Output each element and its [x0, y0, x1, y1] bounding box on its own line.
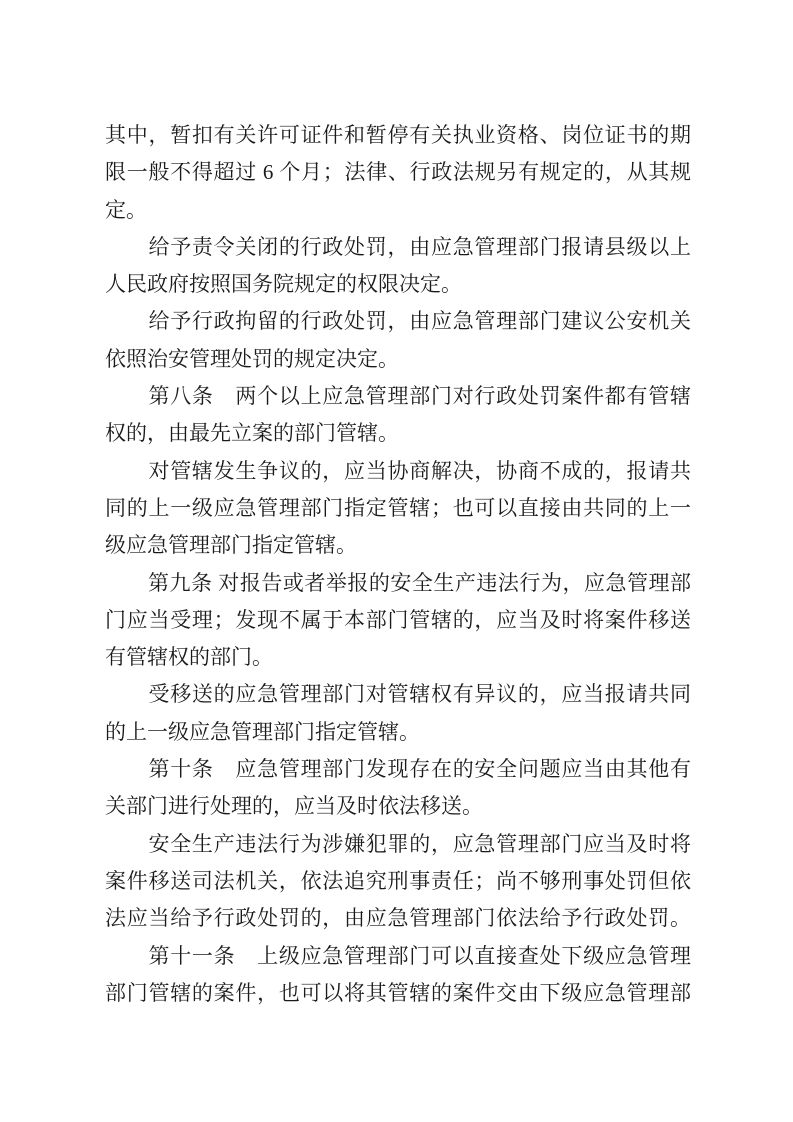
text-line: 的上一级应急管理部门指定管辖。: [105, 714, 691, 751]
text-line: 级应急管理部门指定管辖。: [105, 527, 691, 564]
text-line: 给予责令关闭的行政处罚，由应急管理部门报请县级以上: [105, 229, 691, 266]
text-line: 第十条 应急管理部门发现存在的安全问题应当由其他有: [105, 751, 691, 788]
text-line: 限一般不得超过 6 个月；法律、行政法规另有规定的，从其规: [105, 154, 691, 191]
text-line: 有管辖权的部门。: [105, 639, 691, 676]
text-line: 其中，暂扣有关许可证件和暂停有关执业资格、岗位证书的期: [105, 117, 691, 154]
document-page: 其中，暂扣有关许可证件和暂停有关执业资格、岗位证书的期限一般不得超过 6 个月；…: [0, 0, 793, 1122]
text-line: 受移送的应急管理部门对管辖权有异议的，应当报请共同: [105, 676, 691, 713]
text-line: 同的上一级应急管理部门指定管辖；也可以直接由共同的上一: [105, 490, 691, 527]
text-line: 第九条 对报告或者举报的安全生产违法行为，应急管理部: [105, 565, 691, 602]
text-line: 门应当受理；发现不属于本部门管辖的，应当及时将案件移送: [105, 602, 691, 639]
text-line: 依照治安管理处罚的规定决定。: [105, 341, 691, 378]
text-line: 法应当给予行政处罚的，由应急管理部门依法给予行政处罚。: [105, 900, 691, 937]
text-line: 部门管辖的案件，也可以将其管辖的案件交由下级应急管理部: [105, 975, 691, 1012]
text-line: 对管辖发生争议的，应当协商解决，协商不成的，报请共: [105, 453, 691, 490]
text-line: 给予行政拘留的行政处罚，由应急管理部门建议公安机关: [105, 303, 691, 340]
text-line: 第十一条 上级应急管理部门可以直接查处下级应急管理: [105, 938, 691, 975]
text-line: 案件移送司法机关，依法追究刑事责任；尚不够刑事处罚但依: [105, 863, 691, 900]
text-line: 关部门进行处理的，应当及时依法移送。: [105, 788, 691, 825]
text-line: 定。: [105, 192, 691, 229]
text-line: 安全生产违法行为涉嫌犯罪的，应急管理部门应当及时将: [105, 826, 691, 863]
text-line: 权的，由最先立案的部门管辖。: [105, 415, 691, 452]
text-line: 人民政府按照国务院规定的权限决定。: [105, 266, 691, 303]
document-text-block: 其中，暂扣有关许可证件和暂停有关执业资格、岗位证书的期限一般不得超过 6 个月；…: [105, 117, 691, 1012]
text-line: 第八条 两个以上应急管理部门对行政处罚案件都有管辖: [105, 378, 691, 415]
